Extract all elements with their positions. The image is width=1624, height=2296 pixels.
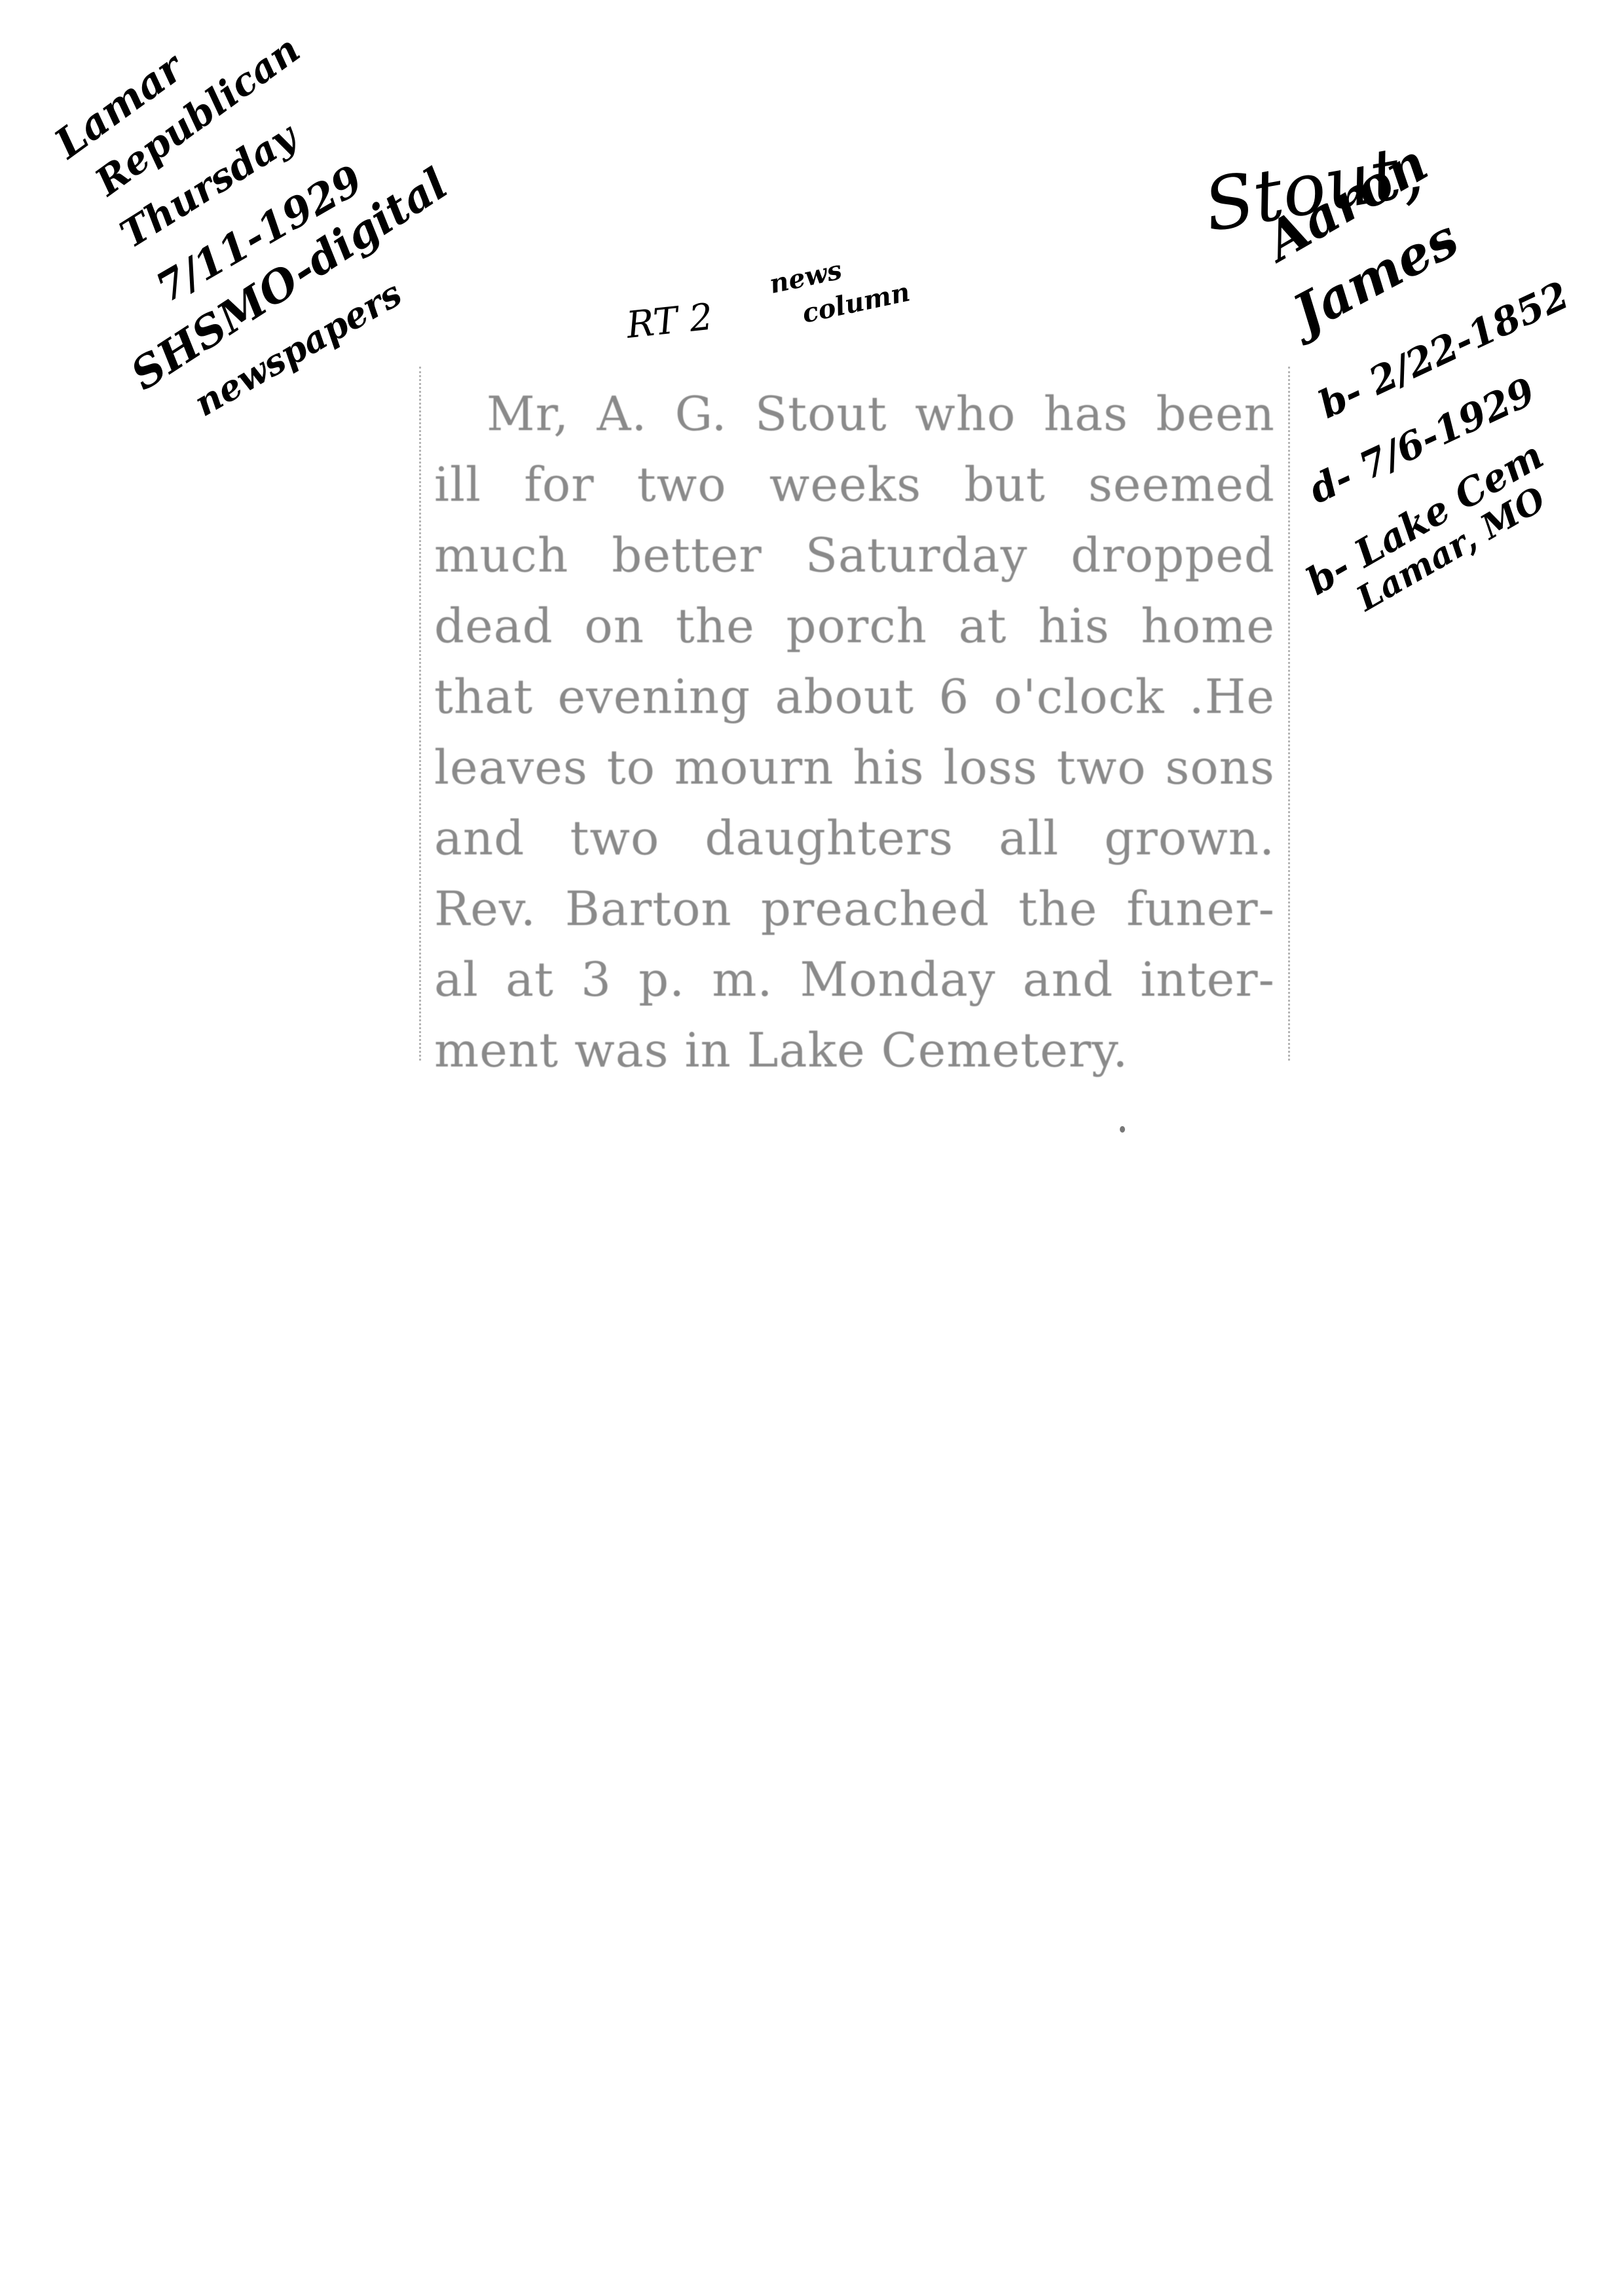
obituary-line: ill for two weeks but seemed xyxy=(434,449,1275,520)
obituary-line: leaves to mourn his loss two sons xyxy=(434,732,1275,803)
scan-speck xyxy=(1120,1126,1125,1133)
obituary-line: and two daughters all grown. xyxy=(434,803,1275,873)
obituary-line: much better Saturday dropped xyxy=(434,520,1275,591)
obituary-line: al at 3 p. m. Monday and inter- xyxy=(434,944,1275,1015)
obituary-line: that evening about 6 o'clock .He xyxy=(434,661,1275,732)
obituary-line: ment was in Lake Cemetery. xyxy=(434,1015,1275,1085)
newspaper-clipping: Mr, A. G. Stout who has been ill for two… xyxy=(419,367,1290,1061)
obituary-text: Mr, A. G. Stout who has been ill for two… xyxy=(434,378,1275,1085)
obituary-line: Rev. Barton preached the funer- xyxy=(434,873,1275,944)
obituary-line: dead on the porch at his home xyxy=(434,591,1275,661)
column-label-prefix: RT 2 xyxy=(625,299,714,344)
obituary-line: Mr, A. G. Stout who has been xyxy=(434,378,1275,449)
